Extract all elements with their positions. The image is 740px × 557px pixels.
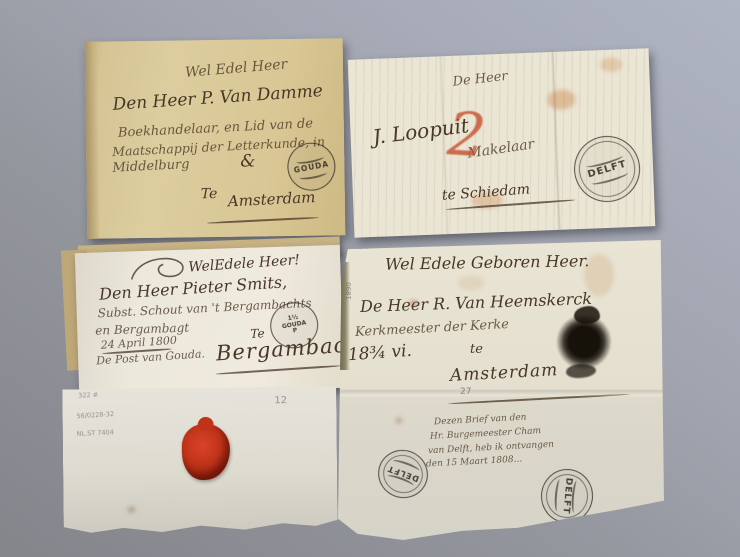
letter-top-right: De Heer J. Loopuit Makelaar te Schiedam … <box>348 48 656 237</box>
received-note-line: den 15 Maart 1808... <box>426 455 523 469</box>
pencil-annotation: 322 # <box>78 391 98 402</box>
handwriting-line: De Heer <box>452 70 508 89</box>
handwriting-line: Kerkmeester der Kerke <box>355 318 509 339</box>
pencil-corner-note: onth f <box>348 242 369 253</box>
received-note-line: Dezen Brief van den <box>434 414 527 428</box>
ink-blot <box>556 314 612 370</box>
letter-bottom-right: onth f 1890 Wel Edele Geboren Heer. De H… <box>338 240 664 543</box>
rate-mark: 18¾ vi. <box>347 343 412 364</box>
letter-bottom-left-address: WelEdele Heer! Den Heer Pieter Smits, Su… <box>75 245 344 396</box>
underline-stroke <box>216 365 342 375</box>
paper-fold-edge <box>85 42 101 239</box>
handwriting-line: Amsterdam <box>228 190 316 209</box>
photo-canvas: Wel Edel Heer Den Heer P. Van Damme Boek… <box>0 0 740 557</box>
pencil-annotation: 56/0228-32 <box>76 410 114 422</box>
underline-stroke <box>207 217 319 224</box>
handwriting-destination: Amsterdam <box>450 362 559 385</box>
received-note-line: Hr. Burgemeester Cham <box>430 427 542 442</box>
postmark-letter: P <box>293 328 298 335</box>
fox-spot <box>396 418 402 423</box>
rust-stain <box>458 276 484 290</box>
rust-stain <box>600 57 623 72</box>
paper-crease <box>552 52 561 230</box>
rust-stain <box>584 254 614 296</box>
received-note-line: van Delft, heb ik ontvangen <box>428 441 554 457</box>
handwriting-line: Den Heer P. Van Damme <box>112 83 323 114</box>
fox-spot <box>410 300 417 306</box>
postmark-delft-right: DELFT <box>539 467 596 525</box>
handwriting-line: te <box>470 343 483 356</box>
rust-stain <box>547 89 576 110</box>
wax-seal-bump <box>198 417 214 431</box>
handwriting-line: Te <box>201 187 218 201</box>
letter-top-left: Wel Edel Heer Den Heer P. Van Damme Boek… <box>85 38 346 239</box>
pencil-number: 12 <box>274 393 287 408</box>
pencil-side-note: 1890 <box>344 256 355 300</box>
letter-bottom-left-flap: 322 # 56/0228-32 NL.ST 7404 12 <box>62 387 338 538</box>
postmark-delft-left: DELFT <box>371 443 434 505</box>
handwriting-ampersand: & <box>240 153 255 170</box>
postmark-delft: DELFT <box>566 128 648 210</box>
handwriting-line: Wel Edele Geboren Heer. <box>385 253 590 273</box>
handwriting-line: Wel Edel Heer <box>185 57 288 80</box>
handwriting-line: te Schiedam <box>441 182 530 202</box>
ink-blot <box>566 364 596 378</box>
handwriting-line: Middelburg <box>112 158 190 175</box>
red-rate-numeral: 2 <box>446 104 488 166</box>
heavy-ink-stamp <box>552 306 618 382</box>
wax-seal <box>182 424 231 480</box>
fox-spot <box>127 507 135 513</box>
fold-crease <box>338 390 664 396</box>
handwriting-line: WelEdele Heer! <box>188 253 300 274</box>
pencil-annotation: NL.ST 7404 <box>76 428 114 439</box>
